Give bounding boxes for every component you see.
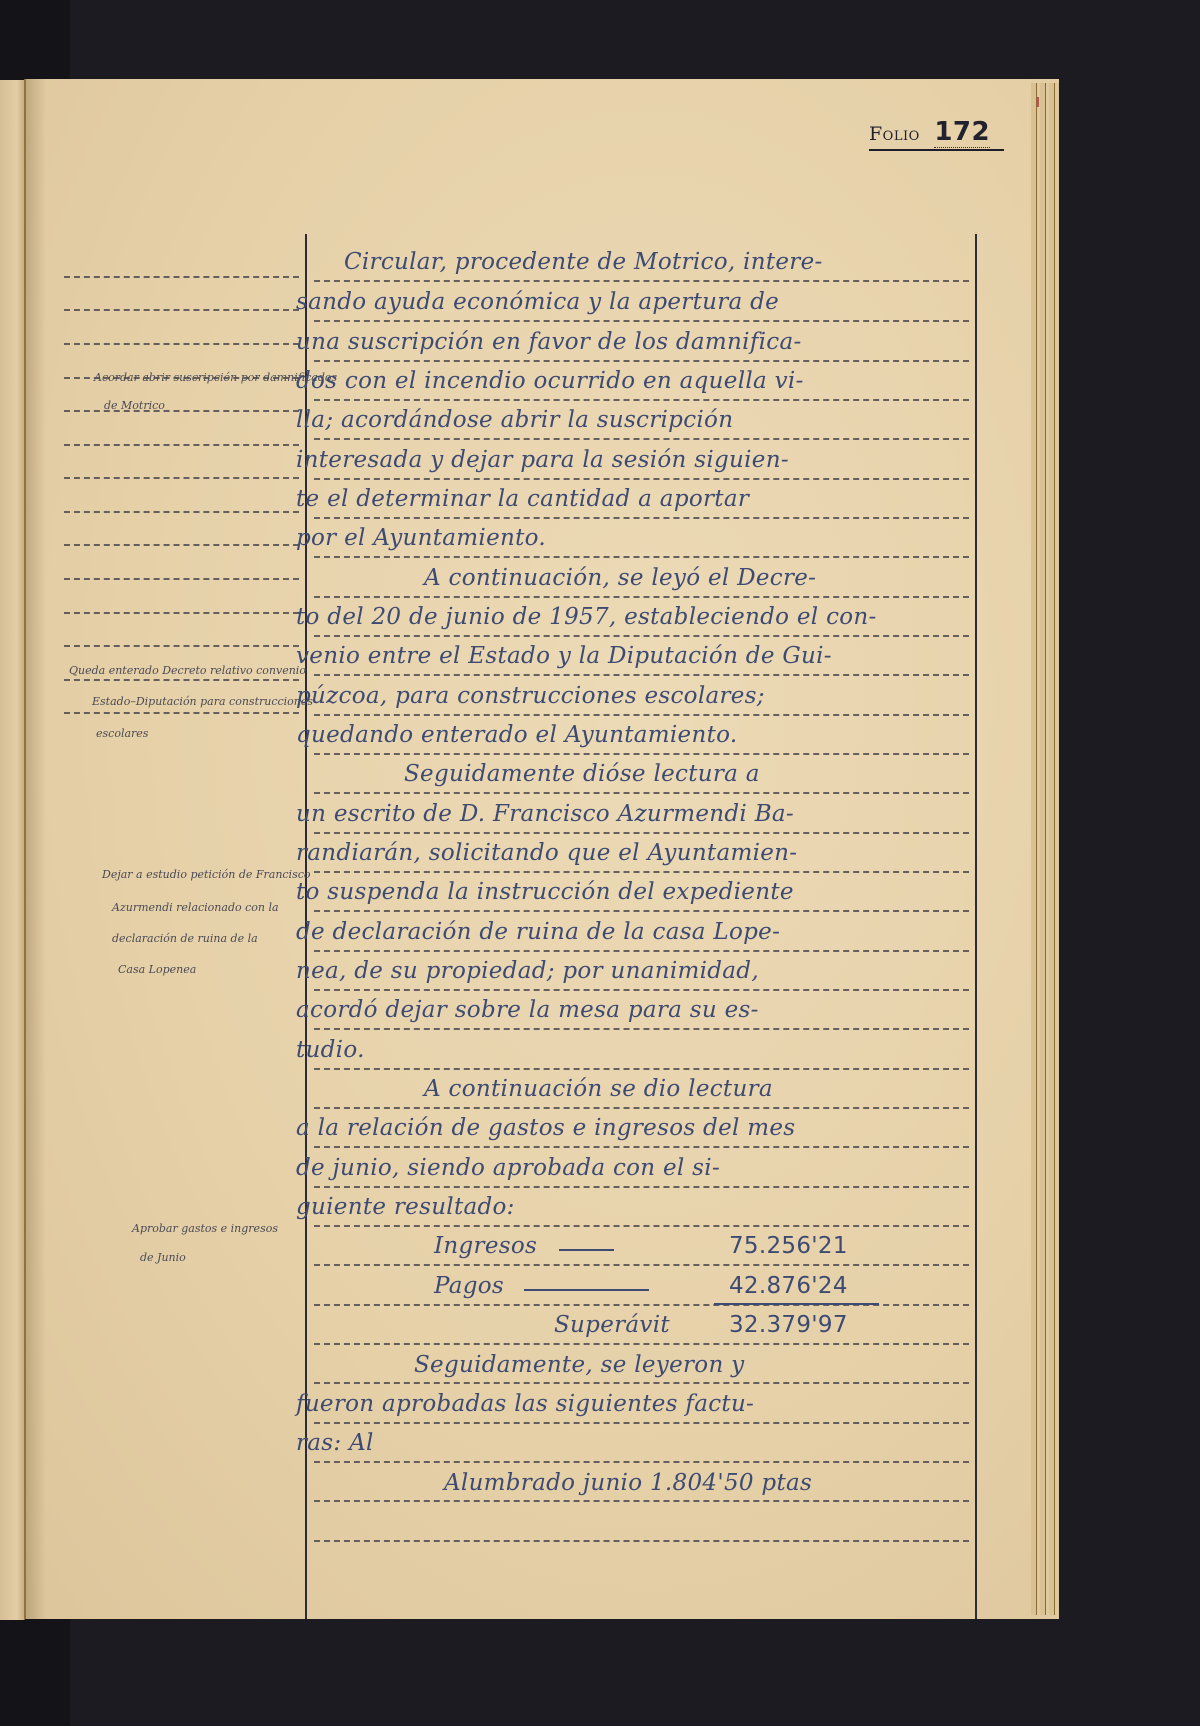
ruled-line <box>64 410 299 412</box>
ruled-line <box>314 478 969 480</box>
body-line: por el Ayuntamiento. <box>296 525 546 551</box>
ruled-line <box>314 320 969 322</box>
margin-note-3-line-3: declaración de ruina de la <box>112 932 258 945</box>
body-line: randiarán, solicitando que el Ayuntamien… <box>296 840 797 866</box>
body-line: to del 20 de junio de 1957, estableciend… <box>296 604 877 630</box>
ruled-line <box>64 612 299 614</box>
ruled-line <box>64 645 299 647</box>
leader-dash <box>524 1289 649 1291</box>
body-line: púzcoa, para construcciones escolares; <box>296 683 765 709</box>
ruled-line <box>314 360 969 362</box>
body-line: venio entre el Estado y la Diputación de… <box>296 643 832 669</box>
body-line: nea, de su propiedad; por unanimidad, <box>296 958 759 984</box>
ruled-line <box>64 511 299 513</box>
ruled-line <box>314 399 969 401</box>
margin-note-3-line-2: Azurmendi relacionado con la <box>112 901 279 914</box>
body-line: Circular, procedente de Motrico, intere- <box>344 249 823 275</box>
ruled-line <box>314 1461 969 1463</box>
ruled-line <box>314 1422 969 1424</box>
body-line: A continuación, se leyó el Decre- <box>424 565 816 591</box>
body-line: dos con el incendio ocurrido en aquella … <box>296 368 804 394</box>
body-line: quedando enterado el Ayuntamiento. <box>296 722 737 748</box>
body-line: sando ayuda económica y la apertura de <box>296 289 779 315</box>
body-line: A continuación se dio lectura <box>424 1076 773 1102</box>
body-line: to suspenda la instrucción del expedient… <box>296 879 794 905</box>
leader-dash <box>559 1249 614 1251</box>
margin-note-1-line-2: de Motrico <box>104 399 165 412</box>
ruled-line <box>314 714 969 716</box>
body-line: guiente resultado: <box>296 1194 515 1220</box>
body-line: te el determinar la cantidad a aportar <box>296 486 749 512</box>
body-line: tudio. <box>296 1037 365 1063</box>
ruled-line <box>314 556 969 558</box>
surplus-label: Superávit <box>554 1312 670 1338</box>
ruled-line <box>64 477 299 479</box>
body-line: un escrito de D. Francisco Azurmendi Ba- <box>296 801 794 827</box>
ruled-line <box>64 309 299 311</box>
body-line: a la relación de gastos e ingresos del m… <box>296 1115 795 1141</box>
sum-underline <box>714 1303 879 1305</box>
facing-page-edge <box>0 80 25 1620</box>
ruled-line <box>314 517 969 519</box>
ruled-line <box>314 280 969 282</box>
body-line: ras: Al <box>296 1430 374 1456</box>
body-line: Seguidamente dióse lectura a <box>404 761 760 787</box>
ruled-line <box>314 1028 969 1030</box>
ruled-line <box>314 1068 969 1070</box>
margin-note-4-line-1: Aprobar gastos e ingresos <box>132 1222 278 1235</box>
expense-label: Pagos <box>434 1273 504 1299</box>
ruled-line <box>64 276 299 278</box>
ruled-line <box>314 674 969 676</box>
folio-label: Folio <box>869 123 920 145</box>
folio-header: Folio 172 <box>869 117 1004 151</box>
ruled-line <box>314 1146 969 1148</box>
ruled-line <box>314 635 969 637</box>
income-label: Ingresos <box>434 1233 537 1259</box>
ruled-line <box>314 1107 969 1109</box>
body-line: de junio, siendo aprobada con el si- <box>296 1155 720 1181</box>
margin-note-4-line-2: de Junio <box>140 1251 186 1264</box>
right-column-rule <box>975 234 977 1619</box>
body-line: Seguidamente, se leyeron y <box>414 1352 744 1378</box>
ledger-page: Folio 172 Acordar abrir suscrip <box>24 79 1059 1619</box>
margin-note-2-line-1: Queda enterado Decreto relativo convenio <box>69 664 306 677</box>
surplus-value: 32.379'97 <box>729 1312 848 1338</box>
ruled-line <box>64 679 299 681</box>
ruled-line <box>314 596 969 598</box>
ruled-line <box>314 1264 969 1266</box>
invoice-line: Alumbrado junio 1.804'50 ptas <box>444 1470 812 1496</box>
ruled-line <box>64 712 299 714</box>
ruled-line <box>314 1225 969 1227</box>
ruled-line <box>64 578 299 580</box>
ruled-line <box>314 1382 969 1384</box>
ruled-line <box>314 871 969 873</box>
body-line: lla; acordándose abrir la suscripción <box>296 407 733 433</box>
ruled-line <box>314 1343 969 1345</box>
expense-value: 42.876'24 <box>729 1273 848 1299</box>
ruled-line <box>314 792 969 794</box>
margin-note-3-line-1: Dejar a estudio petición de Francisco <box>102 868 311 881</box>
body-line: de declaración de ruina de la casa Lope- <box>296 919 780 945</box>
ruled-line <box>314 910 969 912</box>
ruled-line <box>314 753 969 755</box>
body-line: interesada y dejar para la sesión siguie… <box>296 447 789 473</box>
ruled-line <box>314 1186 969 1188</box>
body-line: acordó dejar sobre la mesa para su es- <box>296 997 759 1023</box>
ruled-line <box>64 544 299 546</box>
margin-note-2-line-3: escolares <box>96 727 148 740</box>
margin-note-2-line-2: Estado–Diputación para construcciones <box>92 695 313 708</box>
stacked-page-edges <box>1031 83 1059 1615</box>
ruled-line <box>314 1500 969 1502</box>
ruled-line <box>64 444 299 446</box>
ink-mark <box>1037 97 1039 107</box>
ruled-line <box>314 438 969 440</box>
body-line: fueron aprobadas las siguientes factu- <box>296 1391 754 1417</box>
folio-number: 172 <box>934 117 990 148</box>
gutter-shadow <box>24 79 46 1619</box>
ruled-line <box>314 989 969 991</box>
income-value: 75.256'21 <box>729 1233 848 1259</box>
ruled-line <box>64 343 299 345</box>
margin-note-3-line-4: Casa Lopenea <box>118 963 196 976</box>
ruled-line <box>314 1540 969 1542</box>
ruled-line <box>314 950 969 952</box>
body-line: una suscripción en favor de los damnific… <box>296 329 802 355</box>
ruled-line <box>314 832 969 834</box>
